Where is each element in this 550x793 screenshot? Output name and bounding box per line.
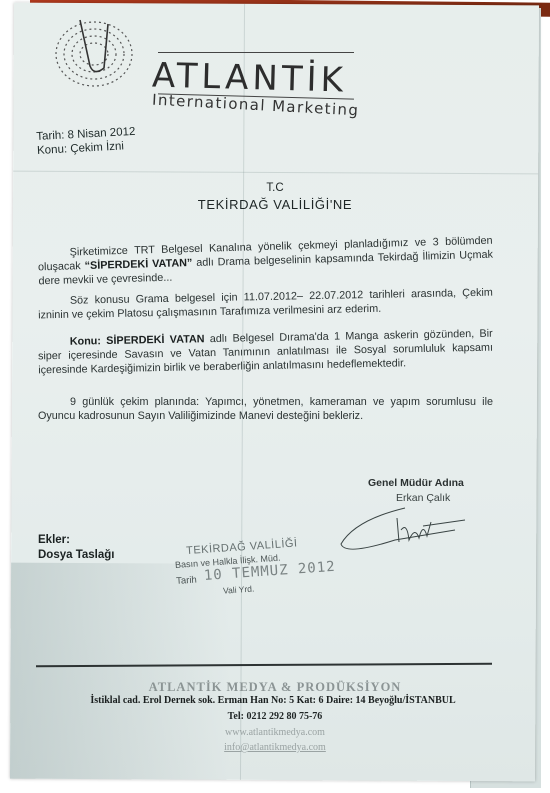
addressee-line1: T.C (0, 182, 550, 194)
p4-text: 9 günlük çekim planında: Yapımcı, yönetm… (38, 396, 493, 422)
footer-website: www.atlantikmedya.com (0, 727, 550, 738)
footer-company: ATLANTİK MEDYA & PRODÜKSİYON (0, 680, 550, 695)
stamp-signer: Vali Yrd. (223, 584, 255, 596)
p3-label: Konu: SİPERDEKİ VATAN (70, 333, 205, 348)
globe-emblem-icon (50, 14, 138, 94)
paragraph-3: Konu: SİPERDEKİ VATAN adlı Belgesel Dıra… (38, 327, 494, 378)
official-stamp: TEKİRDAĞ VALİLİĞİ Basın ve Halkla İlişk.… (174, 534, 348, 616)
paragraph-4: 9 günlük çekim planında: Yapımcı, yönetm… (38, 395, 493, 423)
letter-meta: Tarih: 8 Nisan 2012 Konu: Çekim İzni (36, 125, 136, 158)
brand-rule (158, 52, 354, 53)
signatory-title: Genel Müdür Adına (368, 477, 464, 489)
signature-icon (335, 500, 485, 560)
film-title: “SİPERDEKİ VATAN” (84, 257, 192, 272)
addressee-line2: TEKİRDAĞ VALİLİĞİ'NE (0, 197, 550, 212)
fold-line (13, 171, 538, 175)
footer-address: İstiklal cad. Erol Dernek sok. Erman Han… (18, 695, 528, 706)
footer-phone: Tel: 0212 292 80 75-76 (0, 711, 550, 722)
footer-email: info@atlantikmedya.com (0, 742, 550, 753)
attachments-label: Ekler: (38, 534, 70, 546)
stamp-date-label: Tarih (176, 575, 197, 587)
attachment-item: Dosya Taslağı (38, 549, 115, 561)
